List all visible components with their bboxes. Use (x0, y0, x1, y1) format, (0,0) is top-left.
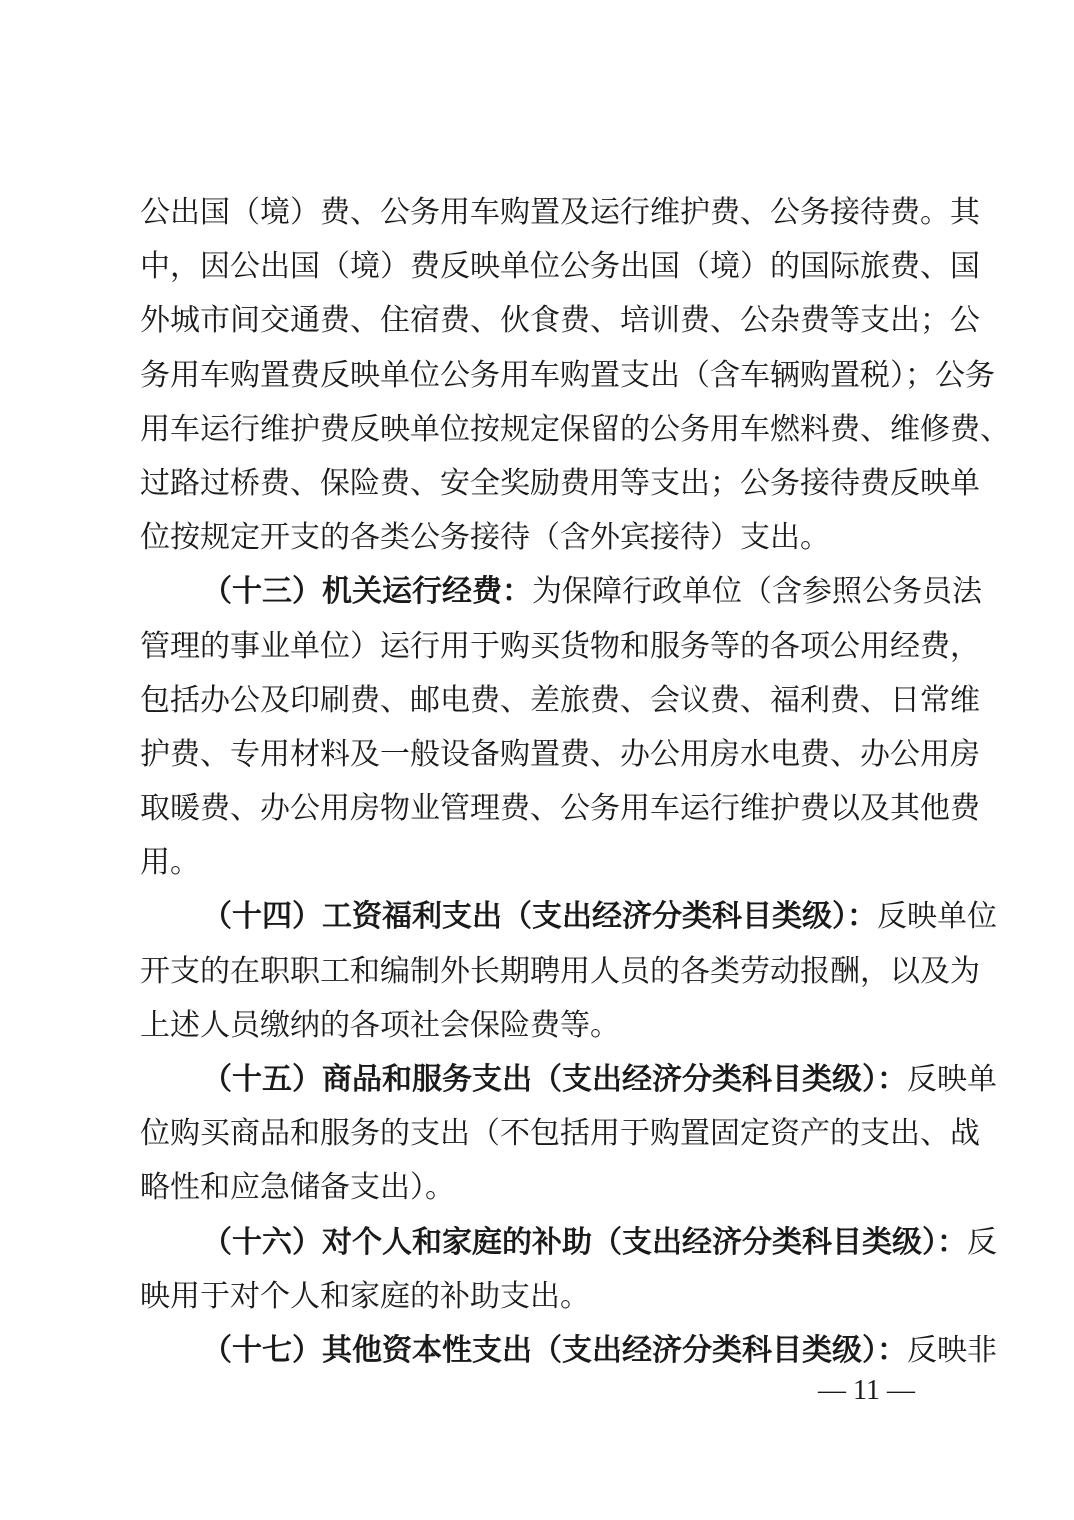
text-line: 用车运行维护费反映单位按规定保留的公务用车燃料费、维修费、 (140, 403, 940, 457)
section-text: 反映非 (907, 1333, 997, 1368)
text-line: 过路过桥费、保险费、安全奖励费用等支出；公务接待费反映单 (140, 457, 940, 511)
text-line: 开支的在职职工和编制外长期聘用人员的各类劳动报酬，以及为 (140, 945, 940, 999)
section-heading: （十五）商品和服务支出（支出经济分类科目类级）： (202, 1062, 907, 1097)
text-line: 位购买商品和服务的支出（不包括用于购置固定资产的支出、战 (140, 1107, 940, 1161)
text-line: 务用车购置费反映单位公务用车购置支出（含车辆购置税）；公务 (140, 349, 940, 403)
section-text: 反 (967, 1225, 997, 1260)
section-first-line: （十四）工资福利支出（支出经济分类科目类级）：反映单位 (140, 890, 940, 944)
section-heading: （十三）机关运行经费： (202, 574, 532, 609)
section-15: （十五）商品和服务支出（支出经济分类科目类级）：反映单 位购买商品和服务的支出（… (140, 1053, 940, 1216)
paragraph-continuation: 公出国（境）费、公务用车购置及运行维护费、公务接待费。其 中，因公出国（境）费反… (140, 186, 940, 565)
text-line: 映用于对个人和家庭的补助支出。 (140, 1270, 940, 1324)
text-line: 用。 (140, 836, 940, 890)
section-text: 为保障行政单位（含参照公务员法 (532, 574, 982, 609)
text-line: 略性和应急储备支出）。 (140, 1161, 940, 1215)
text-line: 护费、专用材料及一般设备购置费、办公用房水电费、办公用房 (140, 728, 940, 782)
text-line: 外城市间交通费、住宿费、伙食费、培训费、公杂费等支出；公 (140, 294, 940, 348)
section-text: 反映单位 (877, 899, 997, 934)
text-line: 取暖费、办公用房物业管理费、公务用车运行维护费以及其他费 (140, 782, 940, 836)
section-text: 反映单 (907, 1062, 997, 1097)
section-heading: （十六）对个人和家庭的补助（支出经济分类科目类级）： (202, 1225, 967, 1260)
section-13: （十三）机关运行经费：为保障行政单位（含参照公务员法 管理的事业单位）运行用于购… (140, 565, 940, 890)
text-line: 中，因公出国（境）费反映单位公务出国（境）的国际旅费、国 (140, 240, 940, 294)
section-17: （十七）其他资本性支出（支出经济分类科目类级）：反映非 (140, 1324, 940, 1378)
section-14: （十四）工资福利支出（支出经济分类科目类级）：反映单位 开支的在职职工和编制外长… (140, 890, 940, 1053)
text-line: 公出国（境）费、公务用车购置及运行维护费、公务接待费。其 (140, 186, 940, 240)
section-first-line: （十六）对个人和家庭的补助（支出经济分类科目类级）：反 (140, 1216, 940, 1270)
section-16: （十六）对个人和家庭的补助（支出经济分类科目类级）：反 映用于对个人和家庭的补助… (140, 1216, 940, 1324)
section-first-line: （十五）商品和服务支出（支出经济分类科目类级）：反映单 (140, 1053, 940, 1107)
section-first-line: （十七）其他资本性支出（支出经济分类科目类级）：反映非 (140, 1324, 940, 1378)
section-heading: （十七）其他资本性支出（支出经济分类科目类级）： (202, 1333, 907, 1368)
section-heading: （十四）工资福利支出（支出经济分类科目类级）： (202, 899, 877, 934)
section-first-line: （十三）机关运行经费：为保障行政单位（含参照公务员法 (140, 565, 940, 619)
page-number: — 11 — (818, 1375, 915, 1407)
text-line: 上述人员缴纳的各项社会保险费等。 (140, 999, 940, 1053)
document-page: 公出国（境）费、公务用车购置及运行维护费、公务接待费。其 中，因公出国（境）费反… (140, 186, 940, 1378)
text-line: 包括办公及印刷费、邮电费、差旅费、会议费、福利费、日常维 (140, 674, 940, 728)
text-line: 管理的事业单位）运行用于购买货物和服务等的各项公用经费， (140, 620, 940, 674)
text-line: 位按规定开支的各类公务接待（含外宾接待）支出。 (140, 511, 940, 565)
